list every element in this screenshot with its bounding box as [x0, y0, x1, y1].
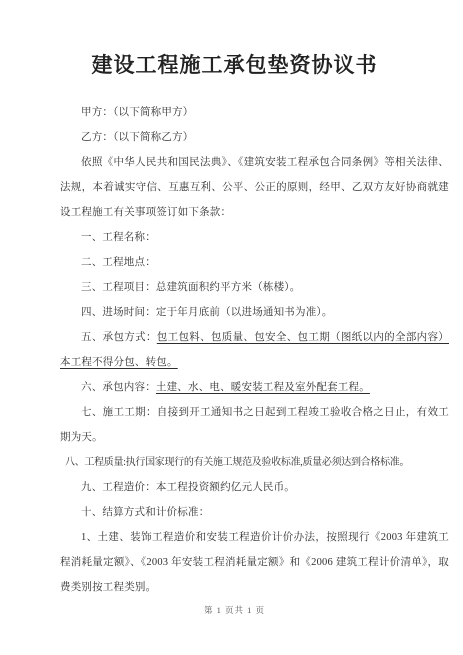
- clause-8-project-quality: 八、工程质量:执行国家现行的有关施工规范及验收标准,质量必须达到合格标准。: [60, 450, 449, 475]
- clause-1-project-name: 一、工程名称：: [60, 225, 449, 250]
- document-page: 建设工程施工承包垫资协议书 甲方：（以下简称甲方） 乙方：（以下简称乙方） 依照…: [0, 0, 463, 655]
- document-title: 建设工程施工承包垫资协议书: [20, 50, 449, 80]
- clause-6-underlined-content: 土建、水、电、暖安装工程及室外配套工程。: [156, 382, 370, 393]
- clause-10-sub-1-pricing-standards: 1、土建、装饰工程造价和安装工程造价计价办法，按照现行《2003 年建筑工程消耗…: [60, 525, 449, 600]
- clause-10-settlement-method: 十、结算方式和计价标准：: [60, 500, 449, 525]
- clause-5-label: 五、承包方式：: [81, 332, 157, 343]
- clause-3-project-scope: 三、工程项目：总建筑面积约平方米（栋楼）。: [60, 275, 449, 300]
- clause-9-project-cost: 九、工程造价：本工程投资额约亿元人民币。: [60, 475, 449, 500]
- clause-6-label: 六、承包内容：: [81, 382, 156, 393]
- party-b-line: 乙方：（以下简称乙方）: [60, 125, 449, 150]
- clause-6-contracting-content: 六、承包内容：土建、水、电、暖安装工程及室外配套工程。: [60, 375, 449, 400]
- preamble-paragraph: 依照《中华人民共和国民法典》、《建筑安装工程承包合同条例》等相关法律、法规，本着…: [60, 150, 449, 225]
- party-a-line: 甲方：（以下简称甲方）: [60, 100, 449, 125]
- clause-2-project-location: 二、工程地点：: [60, 250, 449, 275]
- page-number-footer: 第 1 页共 1 页: [20, 604, 449, 616]
- clause-4-entry-time: 四、进场时间：定于年月底前（以进场通知书为准）。: [60, 300, 449, 325]
- clause-7-construction-period: 七、施工工期：自接到开工通知书之日起到工程竣工验收合格之日止，有效工期为天。: [60, 400, 449, 450]
- clause-5-contracting-method: 五、承包方式：包工包料、包质量、包安全、包工期（图纸以内的全部内容）本工程不得分…: [60, 325, 449, 375]
